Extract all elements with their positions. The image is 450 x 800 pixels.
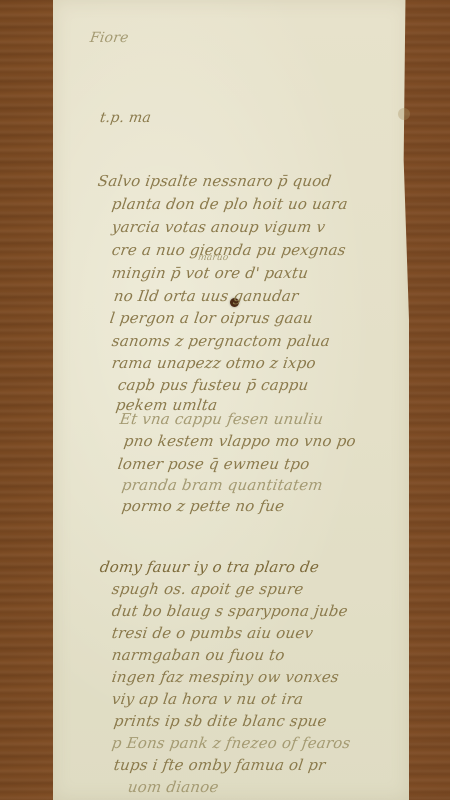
- paper-stain: [398, 108, 410, 120]
- block2-line-5: pormo z pette no fue: [121, 497, 286, 515]
- block1-line-7: l pergon a lor oiprus gaau: [109, 309, 314, 327]
- block1-line-8: sanoms z pergnactom palua: [111, 332, 331, 350]
- block1-line-10: capb pus fusteu p̄ cappu: [117, 376, 310, 394]
- block3-line-4: tresi de o pumbs aiu ouev: [111, 624, 315, 642]
- block2-line-2: pno kestem vlappo mo vno po: [123, 432, 357, 450]
- header-line-2: t.p. ma: [99, 110, 152, 126]
- block3-line-10: tups i fte omby famua ol pr: [113, 756, 327, 774]
- block1-line-9: rama unapezz otmo z ixpo: [111, 354, 317, 372]
- block2-line-3: lomer pose q̄ ewmeu tpo: [117, 455, 311, 473]
- header-line-1: Fiore: [89, 30, 130, 46]
- block2-line-1: Et vna cappu fesen unuliu: [119, 410, 325, 428]
- block3-line-1: domy fauur iy o tra plaro de: [99, 558, 321, 576]
- block1-line-5: mingin p̄ vot ore d' paxtu: [111, 264, 310, 282]
- block1-line-1: Salvo ipsalte nessnaro p̄ quod: [97, 172, 333, 190]
- block3-line-7: viy ap la hora v nu ot ira: [111, 690, 305, 708]
- block1-line-3: yarcia votas anoup vigum v: [111, 218, 327, 236]
- block1-line-4: cre a nuo gieanda pu pexgnas: [111, 241, 347, 259]
- block1-line-2: planta don de plo hoit uo uara: [111, 195, 349, 213]
- block1-line-6: no Ild orta uus ganudar: [113, 287, 300, 305]
- block3-line-9: p Eons pank z fnezeo of fearos: [111, 734, 352, 752]
- block3-line-11: uom dianoe: [127, 778, 220, 796]
- block3-line-6: ingen faz mespiny ow vonxes: [111, 668, 340, 686]
- block3-line-8: prints ip sb dite blanc spue: [113, 712, 328, 730]
- block3-line-5: narmgaban ou fuou to: [111, 646, 286, 664]
- block3-line-2: spugh os. apoit ge spure: [111, 580, 305, 598]
- block1-interlinear: maruo: [197, 253, 229, 263]
- block3-line-3: dut bo blaug s sparypona jube: [111, 602, 349, 620]
- block2-line-4: pranda bram quantitatem: [121, 476, 324, 494]
